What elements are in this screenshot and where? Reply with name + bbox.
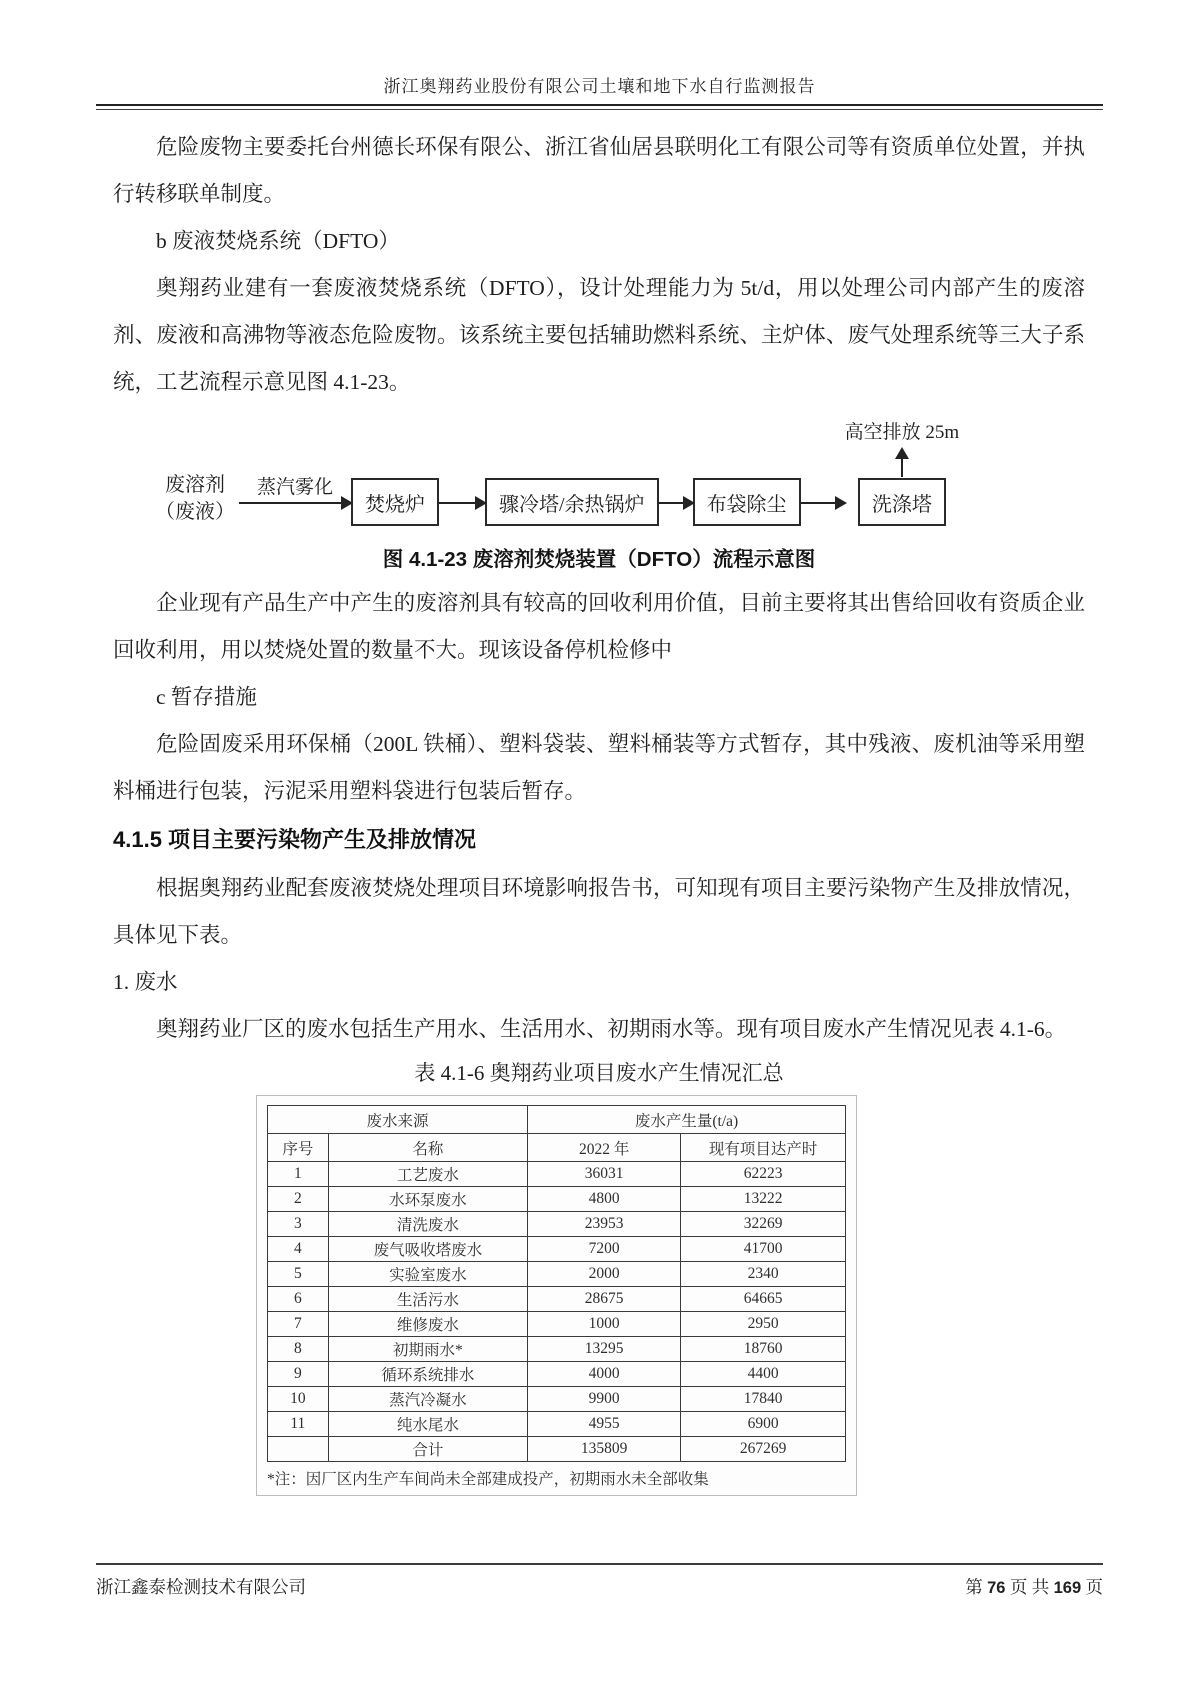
table-cell: 生活污水 xyxy=(328,1287,527,1312)
paragraph-dfto-description: 奥翔药业建有一套废液焚烧系统（DFTO），设计处理能力为 5t/d，用以处理公司… xyxy=(113,265,1085,406)
table-row: 6生活污水2867564665 xyxy=(268,1287,846,1312)
table-row: 10蒸汽冷凝水990017840 xyxy=(268,1387,846,1412)
table-cell: 28675 xyxy=(528,1287,681,1312)
table-group-header-row: 废水来源 废水产生量(t/a) xyxy=(268,1106,846,1134)
subheading-c-storage: c 暂存措施 xyxy=(113,674,1085,721)
table-cell: 5 xyxy=(268,1262,329,1287)
dfto-flow-diagram: 废溶剂 （废液） 蒸汽雾化 焚烧炉 骤冷塔/余热锅炉 布袋除尘 高空排放 25m… xyxy=(155,422,1085,526)
table-cell: 2000 xyxy=(528,1262,681,1287)
table-cell: 4955 xyxy=(528,1412,681,1437)
table-cell: 实验室废水 xyxy=(328,1262,527,1287)
table-cell: 3 xyxy=(268,1212,329,1237)
table-cell: 6900 xyxy=(681,1412,846,1437)
page-body: 危险废物主要委托台州德长环保有限公、浙江省仙居县联明化工有限公司等有资质单位处置… xyxy=(113,124,1085,1496)
table-cell: 8 xyxy=(268,1337,329,1362)
footer-page-total: 169 xyxy=(1054,1579,1082,1597)
table-cell: 7 xyxy=(268,1312,329,1337)
wastewater-table-body: 1工艺废水36031622232水环泵废水4800132223清洗废水23953… xyxy=(268,1162,846,1462)
col-header-2022: 2022 年 xyxy=(528,1134,681,1162)
table-cell: 初期雨水* xyxy=(328,1337,527,1362)
table-cell: 36031 xyxy=(528,1162,681,1187)
diagram-scrubber-stack: 高空排放 25m 洗涤塔 xyxy=(845,422,960,526)
flow-arrow-icon xyxy=(239,502,351,504)
table-cell: 合计 xyxy=(328,1437,527,1462)
table-row: 8初期雨水*1329518760 xyxy=(268,1337,846,1362)
table-row: 5实验室废水20002340 xyxy=(268,1262,846,1287)
table-row: 9循环系统排水40004400 xyxy=(268,1362,846,1387)
table-cell: 废气吸收塔废水 xyxy=(328,1237,527,1262)
table-cell: 循环系统排水 xyxy=(328,1362,527,1387)
diagram-source-label: 废溶剂 （废液） xyxy=(155,472,235,526)
col-header-full-capacity: 现有项目达产时 xyxy=(681,1134,846,1162)
steam-atomization-label: 蒸汽雾化 xyxy=(257,476,333,500)
table-cell: 11 xyxy=(268,1412,329,1437)
up-arrow-icon xyxy=(895,447,909,477)
subheading-b-dfto: b 废液焚烧系统（DFTO） xyxy=(113,218,1085,265)
paragraph-pollutant-overview: 根据奥翔药业配套废液焚烧处理项目环境影响报告书，可知现有项目主要污染物产生及排放… xyxy=(113,865,1085,959)
table-cell: 清洗废水 xyxy=(328,1212,527,1237)
footer-company-name: 浙江鑫泰检测技术有限公司 xyxy=(96,1574,306,1599)
paragraph-wastewater-sources: 奥翔药业厂区的废水包括生产用水、生活用水、初期雨水等。现有项目废水产生情况见表 … xyxy=(113,1006,1085,1053)
table-cell: 10 xyxy=(268,1387,329,1412)
figure-caption: 图 4.1-23 废溶剂焚烧装置（DFTO）流程示意图 xyxy=(113,542,1085,572)
footer-rule xyxy=(96,1563,1103,1565)
table-cell: 2950 xyxy=(681,1312,846,1337)
table-row: 7维修废水10002950 xyxy=(268,1312,846,1337)
table-cell: 9900 xyxy=(528,1387,681,1412)
paragraph-solvent-recovery: 企业现有产品生产中产生的废溶剂具有较高的回收利用价值，目前主要将其出售给回收有资… xyxy=(113,580,1085,674)
table-cell: 纯水尾水 xyxy=(328,1412,527,1437)
table-cell: 2340 xyxy=(681,1262,846,1287)
table-cell: 4000 xyxy=(528,1362,681,1387)
table-cell: 62223 xyxy=(681,1162,846,1187)
diagram-box-incinerator: 焚烧炉 xyxy=(351,478,439,526)
table-caption: 表 4.1-6 奥翔药业项目废水产生情况汇总 xyxy=(113,1057,1085,1087)
table-row: 3清洗废水2395332269 xyxy=(268,1212,846,1237)
table-row: 4废气吸收塔废水720041700 xyxy=(268,1237,846,1262)
table-cell: 4400 xyxy=(681,1362,846,1387)
table-cell: 13295 xyxy=(528,1337,681,1362)
wastewater-table-frame: 废水来源 废水产生量(t/a) 序号 名称 2022 年 现有项目达产时 1工艺… xyxy=(256,1095,857,1496)
col-header-index: 序号 xyxy=(268,1134,329,1162)
table-cell: 9 xyxy=(268,1362,329,1387)
table-cell: 267269 xyxy=(681,1437,846,1462)
table-cell: 135809 xyxy=(528,1437,681,1462)
table-cell: 64665 xyxy=(681,1287,846,1312)
table-cell: 17840 xyxy=(681,1387,846,1412)
table-column-header-row: 序号 名称 2022 年 现有项目达产时 xyxy=(268,1134,846,1162)
table-row: 2水环泵废水480013222 xyxy=(268,1187,846,1212)
table-cell: 蒸汽冷凝水 xyxy=(328,1387,527,1412)
group-header-amount: 废水产生量(t/a) xyxy=(528,1106,846,1134)
flow-arrow-icon xyxy=(801,502,845,504)
table-cell: 工艺废水 xyxy=(328,1162,527,1187)
section-heading-4-1-5: 4.1.5 项目主要污染物产生及排放情况 xyxy=(113,817,1085,863)
table-cell: 水环泵废水 xyxy=(328,1187,527,1212)
table-cell: 1000 xyxy=(528,1312,681,1337)
paragraph-hazardous-waste: 危险废物主要委托台州德长环保有限公、浙江省仙居县联明化工有限公司等有资质单位处置… xyxy=(113,124,1085,218)
diagram-box-scrubber: 洗涤塔 xyxy=(858,478,946,526)
table-cell: 7200 xyxy=(528,1237,681,1262)
table-cell: 4800 xyxy=(528,1187,681,1212)
paragraph-storage-measures: 危险固废采用环保桶（200L 铁桶）、塑料袋装、塑料桶装等方式暂存，其中残液、废… xyxy=(113,721,1085,815)
page-footer: 浙江鑫泰检测技术有限公司 第 76 页 共 169 页 xyxy=(96,1563,1103,1599)
table-cell: 6 xyxy=(268,1287,329,1312)
table-note: *注：因厂区内生产车间尚未全部建成投产，初期雨水未全部收集 xyxy=(267,1467,846,1489)
table-cell: 18760 xyxy=(681,1337,846,1362)
col-header-name: 名称 xyxy=(328,1134,527,1162)
table-row: 11纯水尾水49556900 xyxy=(268,1412,846,1437)
table-cell: 13222 xyxy=(681,1187,846,1212)
table-row: 1工艺废水3603162223 xyxy=(268,1162,846,1187)
table-cell: 41700 xyxy=(681,1237,846,1262)
wastewater-table: 废水来源 废水产生量(t/a) 序号 名称 2022 年 现有项目达产时 1工艺… xyxy=(267,1105,846,1462)
table-cell: 4 xyxy=(268,1237,329,1262)
header-rule xyxy=(96,104,1103,110)
table-cell: 维修废水 xyxy=(328,1312,527,1337)
table-cell: 1 xyxy=(268,1162,329,1187)
emission-label: 高空排放 25m xyxy=(845,422,960,444)
table-cell xyxy=(268,1437,329,1462)
table-total-row: 合计135809267269 xyxy=(268,1437,846,1462)
footer-page-info: 第 76 页 共 169 页 xyxy=(965,1574,1103,1599)
document-header-title: 浙江奥翔药业股份有限公司土壤和地下水自行监测报告 xyxy=(0,0,1199,97)
diagram-box-bag-filter: 布袋除尘 xyxy=(693,478,801,526)
group-header-source: 废水来源 xyxy=(268,1106,528,1134)
subheading-1-wastewater: 1. 废水 xyxy=(113,959,1085,1006)
diagram-box-quench-tower: 骤冷塔/余热锅炉 xyxy=(485,478,659,526)
table-cell: 23953 xyxy=(528,1212,681,1237)
table-cell: 2 xyxy=(268,1187,329,1212)
flow-arrow-icon xyxy=(659,502,693,504)
diagram-steam-arrow: 蒸汽雾化 xyxy=(239,476,351,526)
table-cell: 32269 xyxy=(681,1212,846,1237)
flow-arrow-icon xyxy=(439,502,485,504)
footer-page-number: 76 xyxy=(987,1579,1005,1597)
